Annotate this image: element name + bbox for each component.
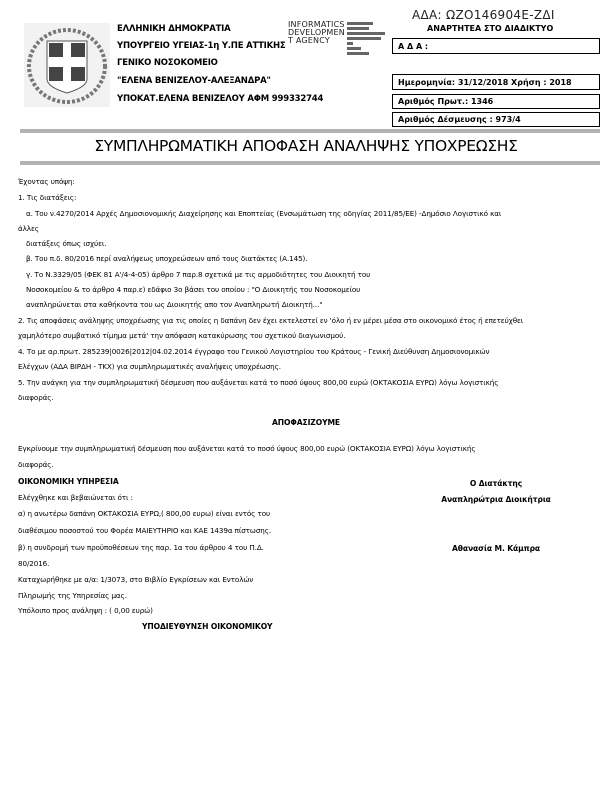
ida-logo: INFORMATICS DEVELOPMEN T AGENCY <box>288 21 345 45</box>
ada-box: Α Δ Α : <box>392 38 600 54</box>
title-rule-bottom <box>20 161 600 165</box>
header-ministry: ΥΠΟΥΡΓΕΙΟ ΥΓΕΙΑΣ-1η Υ.ΠΕ ΑΤΤΙΚΗΣ <box>117 41 286 51</box>
clause-5: 5. Την ανάγκη για την συμπληρωματική δέσ… <box>18 378 498 387</box>
clause-1: 1. Τις διατάξεις: <box>18 193 76 202</box>
finance-line: Καταχωρήθηκε με α/α: 1/3073, στο Βιβλίο … <box>18 575 253 584</box>
header-sub-unit: ΥΠΟΚΑΤ.ΕΛΕΝΑ ΒΕΝΙΖΕΛΟΥ ΑΦΜ 999332744 <box>117 94 323 104</box>
commitment-box: Αριθμός Δέσμευσης : 973/4 <box>392 112 600 127</box>
clause-4: 4. Το με αρ.πρωτ. 285239|0026|2012|04.02… <box>18 347 489 356</box>
signature-name: Αθανασία Μ. Κάμπρα <box>380 544 612 553</box>
protocol-box-label: Αριθμός Πρωτ.: 1346 <box>398 97 493 106</box>
finance-line: Πληρωμής της Υπηρεσίας μας. <box>18 591 127 600</box>
finance-footer: ΥΠΟΔΙΕΥΘΥΝΣΗ ΟΙΚΟΝΟΜΙΚΟΥ <box>142 622 272 631</box>
clause-2-cont: χαμηλότερο συμβατικό τίμημα μετά' την απ… <box>18 331 345 340</box>
date-box-label: Ημερομηνία: 31/12/2018 Χρήση : 2018 <box>398 78 572 87</box>
approval-text: Εγκρίνουμε την συμπληρωματική δέσμευση π… <box>18 444 475 453</box>
finance-line: διαθέσιμου ποσοστού του Φορέα ΜΑΙΕΥΤΗΡΙΟ… <box>18 526 271 535</box>
ida-small-print <box>347 22 385 57</box>
clause-1c-cont: Νοσοκομείου & το άρθρο 4 παρ.ε) εδάφιο 3… <box>26 285 360 294</box>
ada-box-label: Α Δ Α : <box>398 42 428 51</box>
ida-logo-line: T AGENCY <box>288 37 345 45</box>
signature-role: Ο Διατάκτης <box>380 479 612 488</box>
clause-2: 2. Τις αποφάσεις ανάληψης υποχρέωσης για… <box>18 316 523 325</box>
clause-1a-cont: άλλες <box>18 224 39 233</box>
finance-heading: ΟΙΚΟΝΟΜΙΚΗ ΥΠΗΡΕΣΙΑ <box>18 477 119 486</box>
greek-emblem <box>24 23 110 107</box>
header-country: ΕΛΛΗΝΙΚΗ ΔΗΜΟΚΡΑΤΙΑ <box>117 24 231 34</box>
date-box: Ημερομηνία: 31/12/2018 Χρήση : 2018 <box>392 74 600 90</box>
publish-online-label: ΑΝΑΡΤΗΤΕΑ ΣΤΟ ΔΙΑΔΙΚΤΥΟ <box>427 24 553 33</box>
header-hospital-name: "ΕΛΕΝΑ ΒΕΝΙΖΕΛΟΥ-ΑΛΕΞΑΝΔΡΑ" <box>117 76 271 86</box>
finance-line: Ελέγχθηκε και βεβαιώνεται ότι : <box>18 493 133 502</box>
protocol-box: Αριθμός Πρωτ.: 1346 <box>392 94 600 109</box>
clause-4-cont: Ελέγχων (ΑΔΑ ΒΙΡΔΗ - ΤΚΧ) για συμπληρωμα… <box>18 362 281 371</box>
intro-text: Έχοντας υπόψη: <box>18 177 75 186</box>
signature-title: Αναπληρώτρια Διοικήτρια <box>380 495 612 504</box>
decide-heading: ΑΠΟΦΑΣΙΖΟΥΜΕ <box>0 418 612 427</box>
commitment-box-label: Αριθμός Δέσμευσης : 973/4 <box>398 115 521 124</box>
finance-remaining: Υπόλοιπο προς ανάληψη : ( 0,00 ευρώ) <box>18 606 153 615</box>
clause-5-cont: διαφοράς. <box>18 393 54 402</box>
emblem-icon <box>24 23 110 107</box>
title-rule-top <box>20 129 600 133</box>
finance-line: 80/2016. <box>18 559 49 568</box>
clause-1c-cont2: αναπληρώνεται στα καθήκοντα του ως Διοικ… <box>26 300 323 309</box>
clause-1a-cont2: διατάξεις όπως ισχύει. <box>26 239 106 248</box>
ada-code: ΑΔΑ: ΩΖΟ146904Ε-ΖΔΙ <box>412 8 555 22</box>
header-hospital: ΓΕΝΙΚΟ ΝΟΣΟΚΟΜΕΙΟ <box>117 58 218 68</box>
clause-1b: β. Του π.δ. 80/2016 περί αναλήψεως υποχρ… <box>26 254 307 263</box>
document-title: ΣΥΜΠΛΗΡΩΜΑΤΙΚΗ ΑΠΟΦΑΣΗ ΑΝΑΛΗΨΗΣ ΥΠΟΧΡΕΩΣ… <box>0 137 612 155</box>
approval-text-cont: διαφοράς. <box>18 460 54 469</box>
finance-line: α) η ανωτέρω δαπάνη ΟΚΤΑΚΟΣΙΑ ΕΥΡΩ,( 800… <box>18 509 270 518</box>
finance-line: β) η συνδρομή των προϋποθέσεων της παρ. … <box>18 543 264 552</box>
clause-1a: α. Του ν.4270/2014 Αρχές Δημοσιονομικής … <box>26 209 501 218</box>
clause-1c: γ. Το Ν.3329/05 (ΦΕΚ 81 Α'/4-4-05) άρθρο… <box>26 270 370 279</box>
